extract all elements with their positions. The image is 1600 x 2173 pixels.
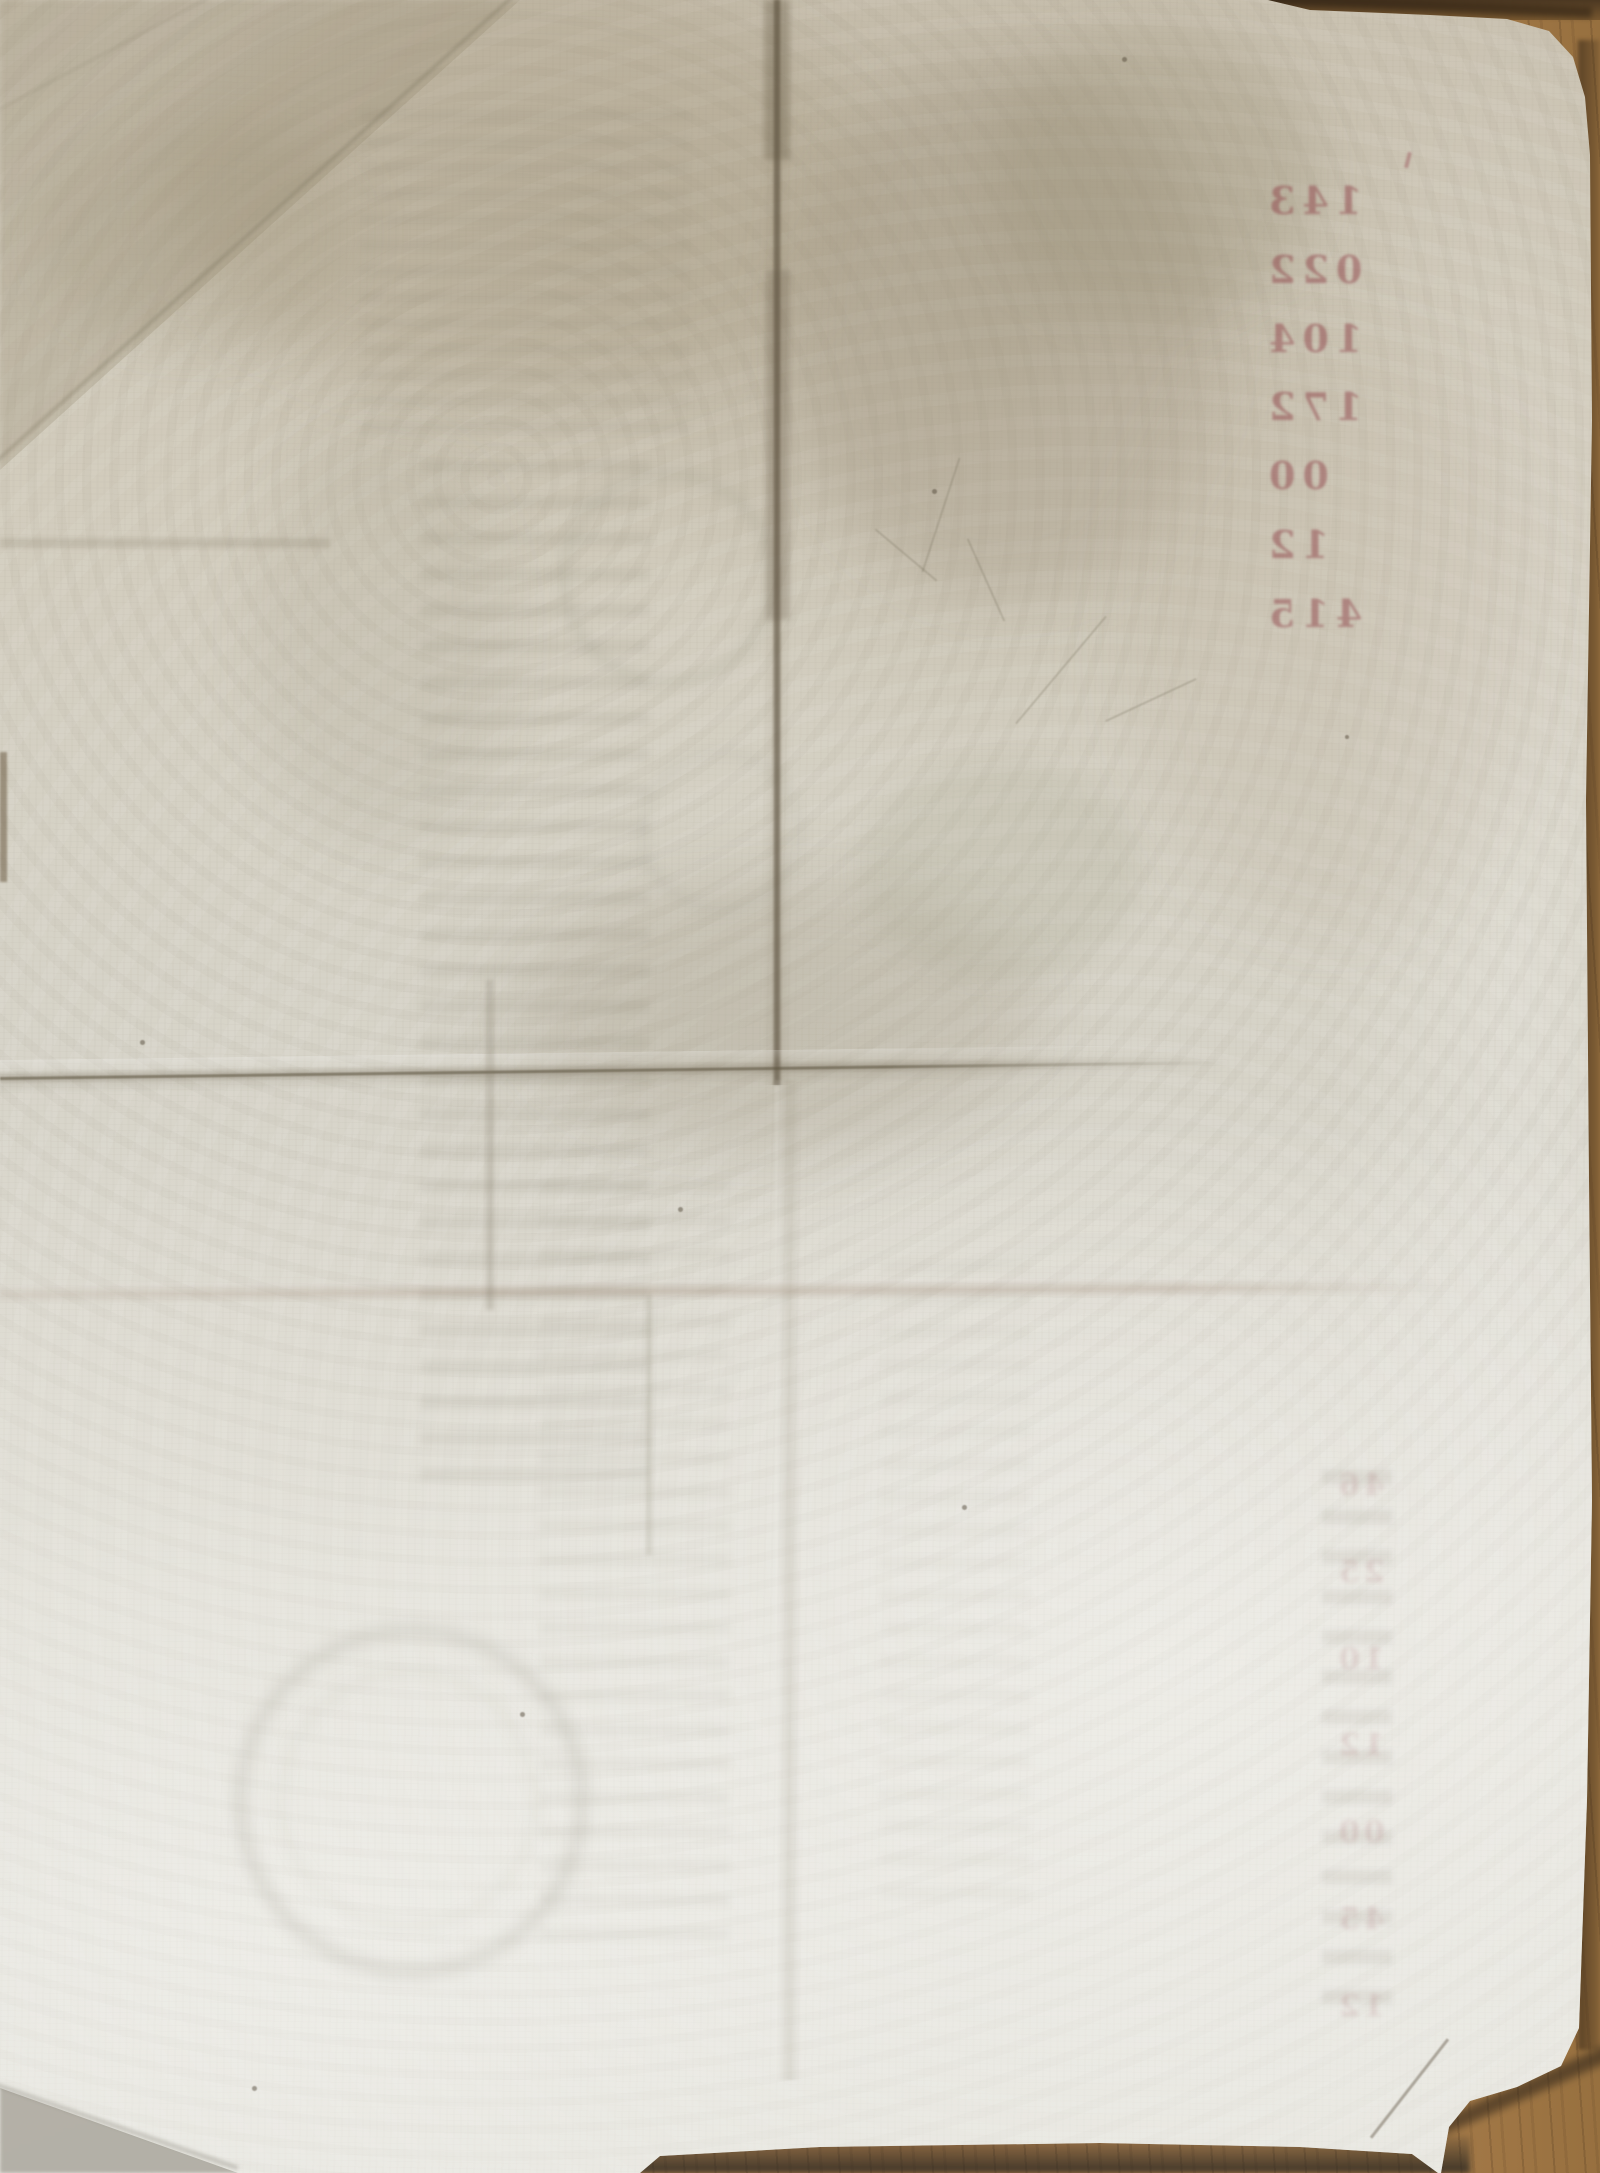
minor-vertical-crease (486, 980, 494, 1310)
ghost-medallion (860, 760, 1140, 980)
serial-fragment: 46 (1335, 1468, 1385, 1503)
serial-fragment: 00 (1262, 453, 1329, 498)
serial-fragment: 104 (1262, 316, 1362, 361)
speck (140, 1040, 145, 1045)
mirrored-red-serial-top: 143 022 104 172 00 12 415 (1262, 178, 1380, 636)
mirrored-red-serial-bottom: 46 25 10 12 00 45 12 (1335, 1468, 1405, 2024)
minor-vertical-crease (646, 1295, 652, 1555)
ghost-text-column (880, 1260, 1030, 1900)
speck (520, 1712, 525, 1717)
speck (962, 1505, 967, 1510)
vertical-crease-dark-segment (764, 0, 790, 160)
vertical-crease-dark-segment (766, 270, 790, 620)
serial-fragment: 415 (1262, 591, 1362, 636)
horizontal-faint-crease (0, 538, 330, 548)
serial-fragment: 25 (1335, 1555, 1385, 1590)
speck (1345, 735, 1349, 739)
serial-fragment: 12 (1335, 1989, 1385, 2024)
serial-fragment: 00 (1335, 1815, 1385, 1850)
speck (252, 2086, 257, 2091)
serial-fragment: 45 (1335, 1902, 1385, 1937)
ghost-medallion-ring (560, 470, 776, 686)
speck (1122, 57, 1127, 62)
left-edge-gap-shadow (0, 752, 7, 882)
speck (932, 489, 937, 494)
ghost-text-block (360, 110, 690, 440)
faint-seal-ring (235, 1625, 587, 1977)
serial-fragment: 172 (1262, 384, 1362, 429)
serial-fragment: 12 (1262, 522, 1329, 567)
photo-scene: 143 022 104 172 00 12 415 46 25 10 12 00… (0, 0, 1600, 2173)
banknote-paper: 143 022 104 172 00 12 415 46 25 10 12 00… (0, 0, 1600, 2173)
serial-fragment: 12 (1335, 1728, 1385, 1763)
speck (678, 1207, 683, 1212)
serial-fragment: 022 (1262, 247, 1362, 292)
serial-fragment: 143 (1262, 178, 1362, 223)
vertical-crease-lower (775, 1080, 801, 2080)
serial-fragment: 10 (1335, 1642, 1385, 1677)
